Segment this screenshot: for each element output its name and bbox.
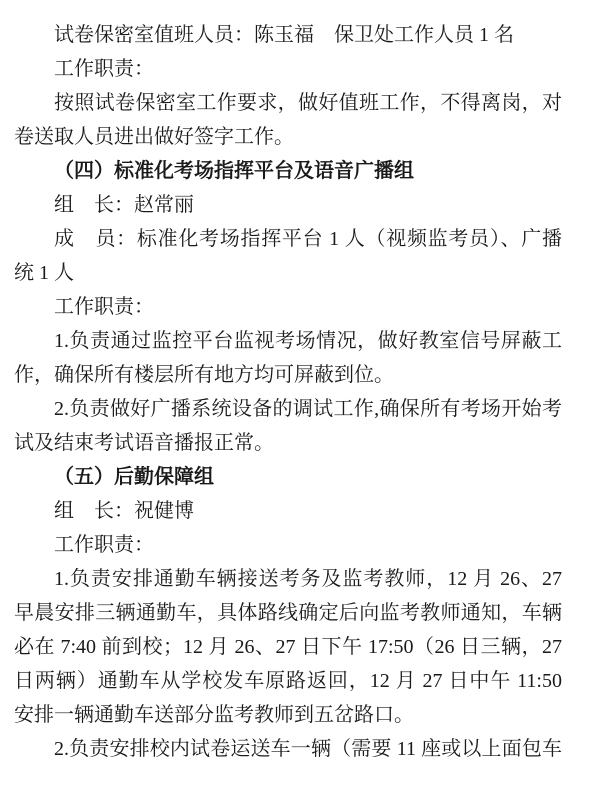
text-line: 作，确保所有楼层所有地方均可屏蔽到位。	[14, 358, 562, 392]
text-line: 日两辆）通勤车从学校发车原路返回，12 月 27 日中午 11:50 需	[14, 664, 562, 698]
text-line: 工作职责：	[14, 290, 562, 324]
text-line: 组 长：祝健博	[14, 494, 562, 528]
text-line: 试及结束考试语音播报正常。	[14, 426, 562, 460]
document-page: 试卷保密室值班人员：陈玉福 保卫处工作人员 1 名工作职责：按照试卷保密室工作要…	[0, 0, 600, 789]
text-line: 2.负责做好广播系统设备的调试工作,确保所有考场开始考	[14, 392, 562, 426]
text-line: 试卷保密室值班人员：陈玉福 保卫处工作人员 1 名	[14, 18, 562, 52]
text-line: 安排一辆通勤车送部分监考教师到五岔路口。	[14, 698, 562, 732]
text-line: 组 长：赵常丽	[14, 188, 562, 222]
text-line: 1.负责安排通勤车辆接送考务及监考教师，12 月 26、27 日	[14, 562, 562, 596]
text-line: 工作职责：	[14, 52, 562, 86]
section-heading: （四）标准化考场指挥平台及语音广播组	[14, 154, 562, 188]
text-line: 统 1 人	[14, 256, 562, 290]
text-line: 按照试卷保密室工作要求，做好值班工作，不得离岗，对试	[14, 86, 562, 120]
section-heading: （五）后勤保障组	[14, 460, 562, 494]
text-line: 早晨安排三辆通勤车，具体路线确定后向监考教师通知，车辆务	[14, 596, 562, 630]
text-line: 工作职责：	[14, 528, 562, 562]
text-line: 1.负责通过监控平台监视考场情况，做好教室信号屏蔽工	[14, 324, 562, 358]
document-body: 试卷保密室值班人员：陈玉福 保卫处工作人员 1 名工作职责：按照试卷保密室工作要…	[14, 18, 562, 766]
text-line: 必在 7:40 前到校；12 月 26、27 日下午 17:50（26 日三辆，…	[14, 630, 562, 664]
text-line: 2.负责安排校内试卷运送车一辆（需要 11 座或以上面包车	[14, 732, 562, 766]
text-line: 成 员：标准化考场指挥平台 1 人（视频监考员）、广播系	[14, 222, 562, 256]
text-line: 卷送取人员进出做好签字工作。	[14, 120, 562, 154]
